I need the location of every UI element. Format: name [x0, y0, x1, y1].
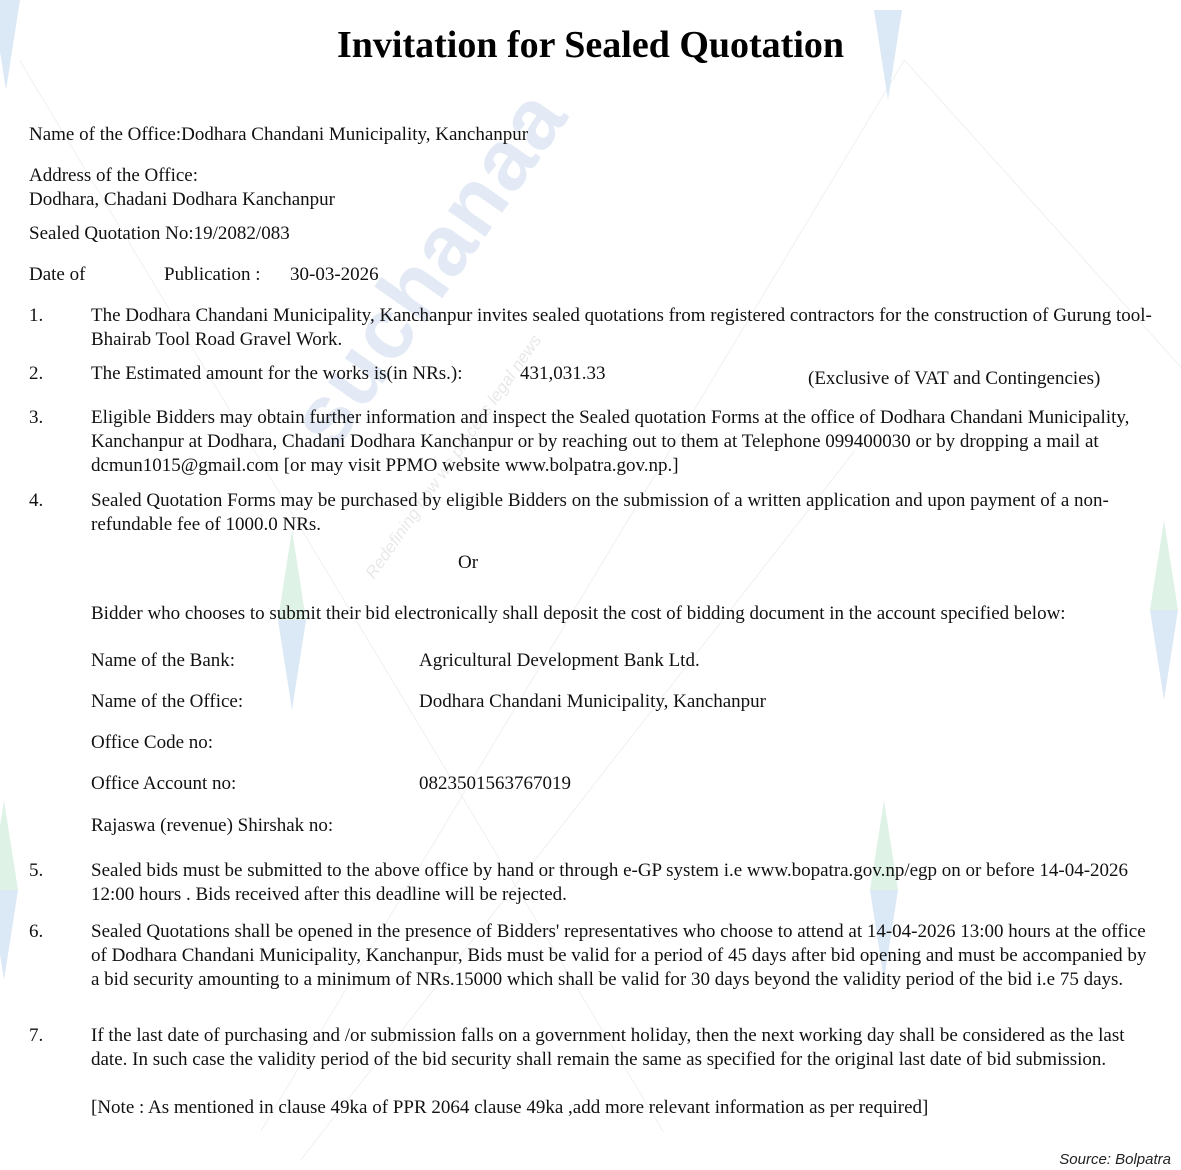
document-title: Invitation for Sealed Quotation: [0, 22, 1181, 68]
account-number-label: Office Account no:: [91, 772, 236, 796]
estimated-amount-value: 431,031.33: [520, 362, 606, 386]
office-name-line: Name of the Office:Dodhara Chandani Muni…: [29, 123, 528, 147]
address-label: Address of the Office:: [29, 164, 198, 188]
item-number: 5.: [29, 859, 43, 883]
bank-office-label: Name of the Office:: [91, 690, 243, 714]
bank-name-label: Name of the Bank:: [91, 649, 235, 673]
date-label: Date of: [29, 263, 85, 287]
item-number: 4.: [29, 489, 43, 513]
publication-label: Publication :: [164, 263, 261, 287]
electronic-submission-text: Bidder who chooses to submit their bid e…: [91, 602, 1066, 626]
item-text: Sealed Quotations shall be opened in the…: [91, 920, 1156, 992]
item-number: 6.: [29, 920, 43, 944]
quotation-number: Sealed Quotation No:19/2082/083: [29, 222, 290, 246]
or-separator: Or: [458, 551, 478, 575]
estimated-amount-label: The Estimated amount for the works is(in…: [91, 362, 463, 386]
item-number: 7.: [29, 1024, 43, 1048]
revenue-shirshak-label: Rajaswa (revenue) Shirshak no:: [91, 814, 333, 838]
office-code-label: Office Code no:: [91, 731, 213, 755]
item-text: If the last date of purchasing and /or s…: [91, 1024, 1156, 1072]
item-number: 2.: [29, 362, 43, 386]
publication-date: 30-03-2026: [290, 263, 379, 287]
item-text: Sealed bids must be submitted to the abo…: [91, 859, 1156, 907]
bank-office-value: Dodhara Chandani Municipality, Kanchanpu…: [419, 690, 766, 714]
item-number: 3.: [29, 406, 43, 430]
item-text: Eligible Bidders may obtain further info…: [91, 406, 1156, 478]
item-text: The Dodhara Chandani Municipality, Kanch…: [91, 304, 1156, 352]
note-text: [Note : As mentioned in clause 49ka of P…: [91, 1096, 928, 1120]
address-value: Dodhara, Chadani Dodhara Kanchanpur: [29, 188, 335, 212]
item-text: Sealed Quotation Forms may be purchased …: [91, 489, 1156, 537]
bank-name-value: Agricultural Development Bank Ltd.: [419, 649, 700, 673]
item-number: 1.: [29, 304, 43, 328]
estimated-amount-note: (Exclusive of VAT and Contingencies): [808, 367, 1100, 391]
account-number-value: 0823501563767019: [419, 772, 571, 796]
source-credit: Source: Bolpatra: [1059, 1148, 1171, 1170]
